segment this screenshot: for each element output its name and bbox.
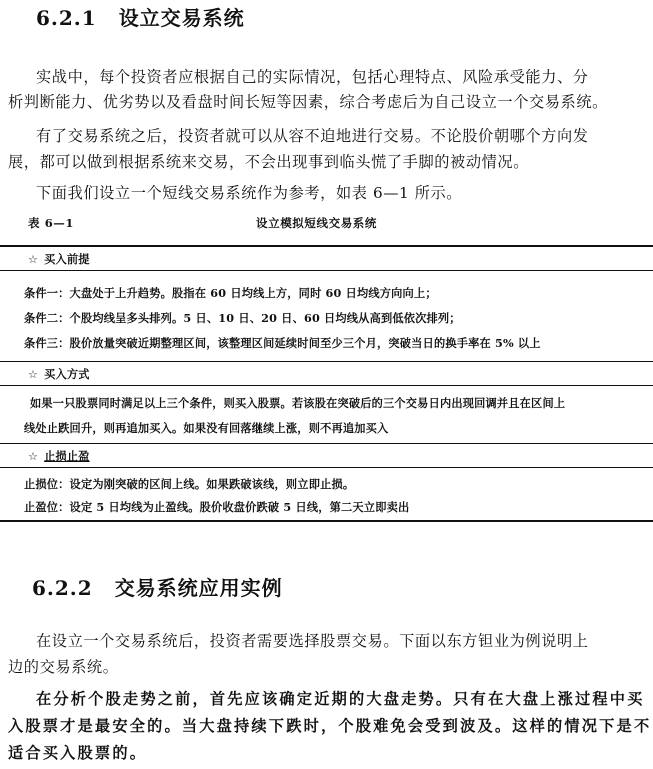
table-rule (0, 467, 653, 468)
table-top-rule (0, 245, 653, 247)
table-row: 止盈位：设定 5 日均线为止盈线。股价收盘价跌破 5 日线，第二天立即卖出 (24, 499, 409, 515)
paragraph-line: 展，都可以做到根据系统来交易，不会出现事到临头慌了手脚的被动情况。 (8, 150, 529, 174)
section-heading-6-2-2: 6.2.2交易系统应用实例 (32, 572, 283, 601)
star-icon: ☆ (28, 253, 38, 266)
paragraph-line: 适合买入股票的。 (8, 740, 147, 766)
table-section-header-label: 买入方式 (44, 367, 90, 381)
paragraph-line: 在分析个股走势之前，首先应该确定近期的大盘走势。只有在大盘上涨过程中买 (36, 686, 645, 712)
table-row: 条件二：个股均线呈多头排列。5 日、10 日、20 日、60 日均线从高到低依次… (24, 310, 461, 326)
table-rule (0, 385, 653, 386)
table-section-header-buy-premise: ☆买入前提 (28, 251, 90, 267)
table-section-header-label: 买入前提 (44, 252, 90, 266)
paragraph-line: 实战中，每个投资者应根据自己的实际情况，包括心理特点、风险承受能力、分 (36, 65, 589, 89)
table-section-header-label: 止损止盈 (44, 449, 90, 463)
table-row: 条件三：股价放量突破近期整理区间，该整理区间延续时间至少三个月，突破当日的换手率… (24, 335, 541, 351)
table-caption: 设立模拟短线交易系统 (256, 215, 377, 231)
table-section-header-stop-loss-take-profit: ☆止损止盈 (28, 448, 90, 464)
table-label: 表 6—1 (28, 215, 74, 231)
section-number: 6.2.1 (36, 6, 97, 30)
table-section-header-buy-method: ☆买入方式 (28, 366, 90, 382)
paragraph-line: 入股票才是最安全的。当大盘持续下跌时，个股难免会受到波及。这样的情况下是不 (8, 713, 651, 739)
section-title: 设立交易系统 (119, 6, 245, 30)
paragraph-line: 析判断能力、优劣势以及看盘时间长短等因素，综合考虑后为自己设立一个交易系统。 (8, 90, 608, 114)
table-row: 如果一只股票同时满足以上三个条件，则买入股票。若该股在突破后的三个交易日内出现回… (30, 395, 565, 411)
section-heading-6-2-1: 6.2.1设立交易系统 (36, 2, 245, 31)
table-bottom-rule (0, 520, 653, 522)
table-row: 线处止跌回升，则再追加买入。如果没有回落继续上涨，则不再追加买入 (24, 420, 388, 436)
table-rule (0, 270, 653, 271)
paragraph-line: 边的交易系统。 (8, 655, 119, 679)
paragraph-line: 有了交易系统之后，投资者就可以从容不迫地进行交易。不论股价朝哪个方向发 (36, 124, 589, 148)
star-icon: ☆ (28, 368, 38, 381)
star-icon: ☆ (28, 450, 38, 463)
table-rule (0, 361, 653, 362)
paragraph-line: 在设立一个交易系统后，投资者需要选择股票交易。下面以东方钽业为例说明上 (36, 629, 589, 653)
paragraph-line: 下面我们设立一个短线交易系统作为参考，如表 6—1 所示。 (36, 181, 462, 205)
table-row: 止损位：设定为刚突破的区间上线。如果跌破该线，则立即止损。 (24, 476, 354, 492)
table-row: 条件一：大盘处于上升趋势。股指在 60 日均线上方，同时 60 日均线方向向上； (24, 285, 437, 301)
section-number: 6.2.2 (32, 576, 93, 600)
section-title: 交易系统应用实例 (115, 576, 283, 600)
table-rule (0, 443, 653, 444)
